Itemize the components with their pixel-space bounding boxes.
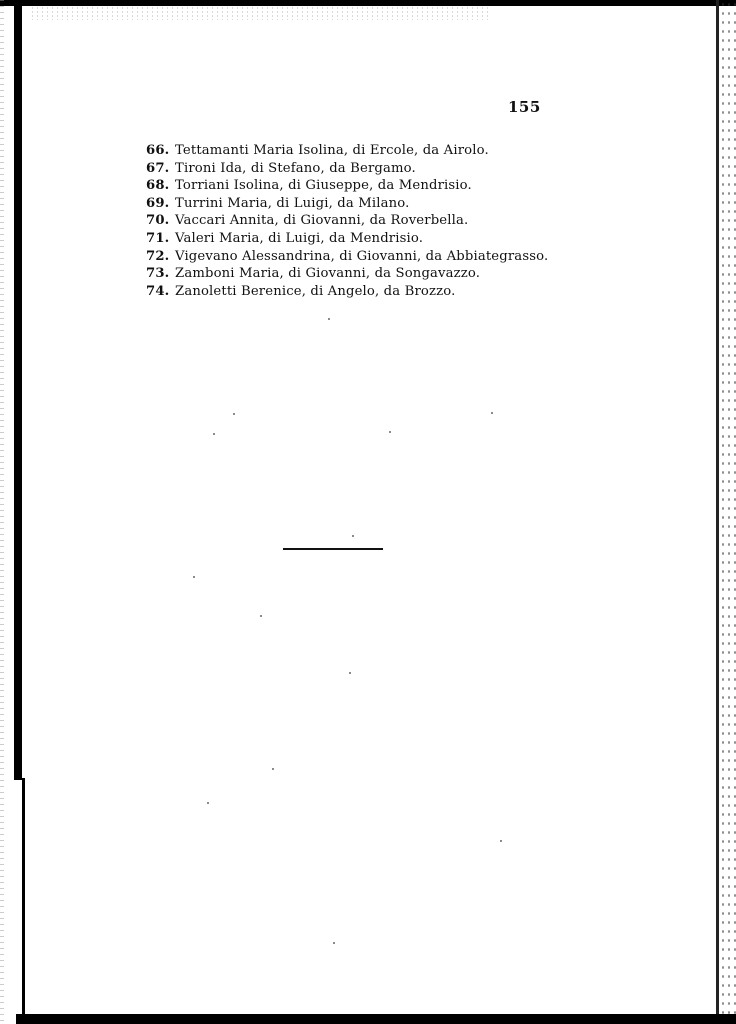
entry-number: 73. [146, 265, 175, 283]
scan-speck [233, 413, 235, 415]
entry-text: Vigevano Alessandrina, di Giovanni, da A… [175, 249, 548, 264]
entry-text: Turrini Maria, di Luigi, da Milano. [175, 196, 409, 211]
scan-speck [352, 535, 354, 537]
section-divider-rule [283, 548, 383, 550]
scan-speck [349, 672, 351, 674]
entry-number: 74. [146, 283, 175, 301]
list-entry: 71.Valeri Maria, di Luigi, da Mendrisio. [146, 230, 548, 248]
page-edge-right [716, 0, 719, 1024]
entry-text: Zamboni Maria, di Giovanni, da Songavazz… [175, 266, 480, 281]
scan-speck [491, 412, 493, 414]
list-entry: 73.Zamboni Maria, di Giovanni, da Songav… [146, 265, 548, 283]
entry-number: 68. [146, 177, 175, 195]
entry-text: Vaccari Annita, di Giovanni, da Roverbel… [175, 213, 468, 228]
scan-noise-left [0, 0, 4, 1024]
scan-speck [260, 615, 262, 617]
list-entry: 70.Vaccari Annita, di Giovanni, da Rover… [146, 212, 548, 230]
scan-noise-top [30, 6, 490, 20]
list-entry: 67.Tironi Ida, di Stefano, da Bergamo. [146, 160, 548, 178]
entry-text: Tironi Ida, di Stefano, da Bergamo. [175, 161, 416, 176]
scan-border-bottom [16, 1014, 736, 1024]
scan-speck [333, 942, 335, 944]
entry-number: 71. [146, 230, 175, 248]
scan-speck [193, 576, 195, 578]
list-entry: 68.Torriani Isolina, di Giuseppe, da Men… [146, 177, 548, 195]
entry-text: Zanoletti Berenice, di Angelo, da Brozzo… [175, 284, 455, 299]
entry-number: 72. [146, 248, 175, 266]
page-number: 155 [508, 98, 541, 116]
entry-text: Torriani Isolina, di Giuseppe, da Mendri… [175, 178, 472, 193]
list-entry: 72.Vigevano Alessandrina, di Giovanni, d… [146, 248, 548, 266]
page-edge-left-lower [22, 778, 25, 1018]
list-entry: 74.Zanoletti Berenice, di Angelo, da Bro… [146, 283, 548, 301]
entry-text: Tettamanti Maria Isolina, di Ercole, da … [175, 143, 489, 158]
scan-speck [328, 318, 330, 320]
entry-number: 67. [146, 160, 175, 178]
scan-speck [207, 802, 209, 804]
scan-speck [500, 840, 502, 842]
entry-number: 70. [146, 212, 175, 230]
entry-number: 69. [146, 195, 175, 213]
entry-text: Valeri Maria, di Luigi, da Mendrisio. [175, 231, 423, 246]
list-entry: 69.Turrini Maria, di Luigi, da Milano. [146, 195, 548, 213]
scan-speck [389, 431, 391, 433]
page-edge-left [14, 0, 22, 780]
scan-speck [272, 768, 274, 770]
name-list: 66.Tettamanti Maria Isolina, di Ercole, … [146, 142, 548, 300]
entry-number: 66. [146, 142, 175, 160]
list-entry: 66.Tettamanti Maria Isolina, di Ercole, … [146, 142, 548, 160]
scan-speck [213, 433, 215, 435]
scan-noise-right [720, 0, 736, 1024]
